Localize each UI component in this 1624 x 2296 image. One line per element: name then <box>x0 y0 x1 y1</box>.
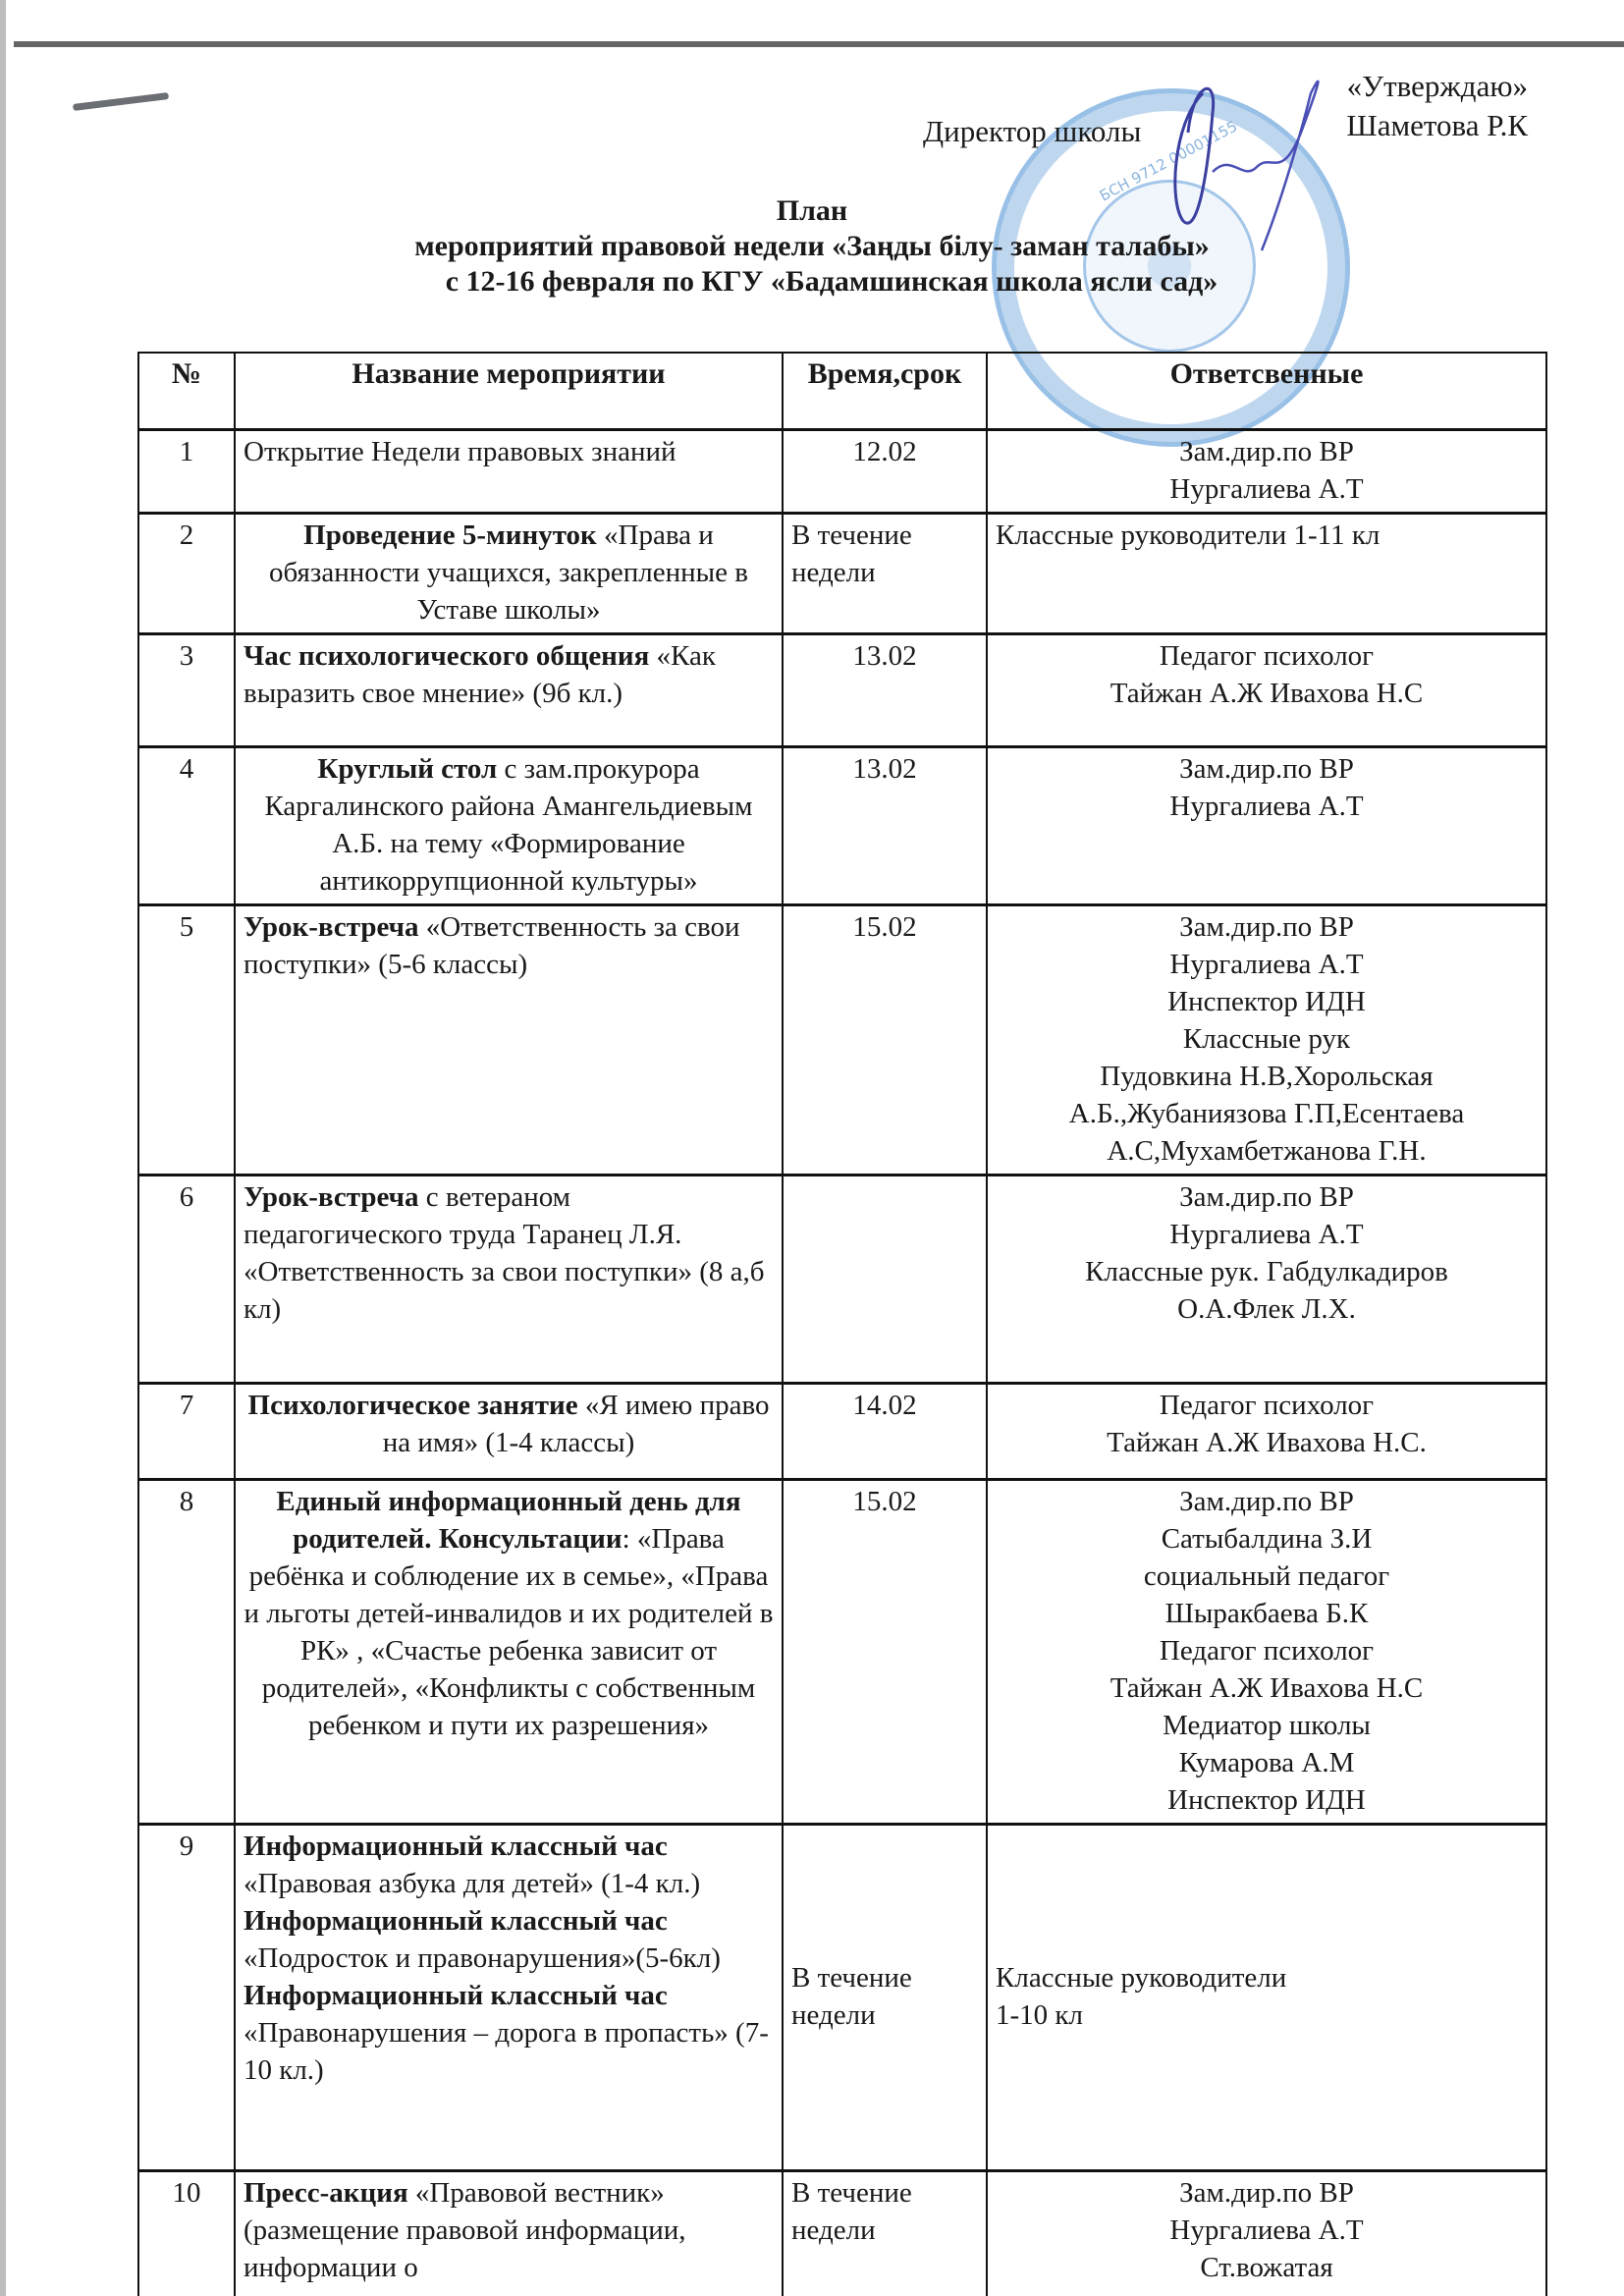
row-number: 6 <box>138 1175 235 1384</box>
event-name: Урок-встреча «Ответственность за свои по… <box>235 905 783 1175</box>
responsible-person: Классные рук. Габдулкадиров <box>996 1253 1538 1290</box>
scan-edge <box>14 41 1624 47</box>
event-title-bold: Информационный классный час <box>244 1977 774 2014</box>
event-description: : «Права ребёнка и соблюдение их в семье… <box>244 1523 773 1741</box>
scan-edge <box>0 0 6 2296</box>
table-row: 10Пресс-акция «Правовой вестник» (размещ… <box>138 2171 1546 2296</box>
responsible-person: Классные руководители <box>996 1959 1538 1996</box>
event-name: Урок-встреча с ветераном педагогического… <box>235 1175 783 1384</box>
table-row: 6Урок-встреча с ветераном педагогическог… <box>138 1175 1546 1384</box>
event-title-bold: Информационный классный час <box>244 1828 774 1865</box>
responsible-person: социальный педагог <box>996 1558 1538 1595</box>
column-header-date: Время,срок <box>783 353 987 430</box>
responsible-person: Нургалиева А.Т <box>996 2212 1538 2249</box>
title-line-3: с 12-16 февраля по КГУ «Бадамшинская шко… <box>0 264 1624 300</box>
responsible-person: Нургалиева А.Т <box>996 470 1538 508</box>
event-name: Информационный классный час«Правовая азб… <box>235 1825 783 2171</box>
title-line-2: мероприятий правовой недели «Заңды білу-… <box>0 229 1624 264</box>
responsible-person: А.Б.,Жубаниязова Г.П,Есентаева <box>996 1095 1538 1132</box>
responsible-person: Инспектор ИДН <box>996 983 1538 1020</box>
responsible-person: О.А.Флек Л.Х. <box>996 1290 1538 1328</box>
event-description: «Подросток и правонарушения»(5-6кл) <box>244 1940 774 1977</box>
responsible-person: Нургалиева А.Т <box>996 788 1538 825</box>
responsible-person: Зам.дир.по ВР <box>996 433 1538 470</box>
event-title-bold: Проведение 5-минуток <box>303 519 597 551</box>
responsible-person: Тайжан А.Ж Ивахова Н.С <box>996 1669 1538 1707</box>
event-responsible: Зам.дир.по ВРНургалиева А.Т <box>987 747 1546 905</box>
event-title-bold: Пресс-акция <box>244 2177 408 2209</box>
table-row: 1Открытие Недели правовых знаний12.02Зам… <box>138 430 1546 514</box>
table-row: 8Единый информационный день для родителе… <box>138 1480 1546 1825</box>
row-number: 10 <box>138 2171 235 2296</box>
responsible-person: Зам.дир.по ВР <box>996 1483 1538 1520</box>
responsible-person: А.С,Мухамбетжанова Г.Н. <box>996 1132 1538 1170</box>
row-number: 8 <box>138 1480 235 1825</box>
event-responsible: Зам.дир.по ВРНургалиева А.ТСт.вожатая <box>987 2171 1546 2296</box>
event-date: 14.02 <box>783 1384 987 1480</box>
event-date: В течение недели <box>783 1825 987 2171</box>
document-title: План мероприятий правовой недели «Заңды … <box>0 193 1624 300</box>
responsible-person: Инспектор ИДН <box>996 1781 1538 1819</box>
responsible-person: Тайжан А.Ж Ивахова Н.С <box>996 675 1538 712</box>
event-responsible: Зам.дир.по ВРСатыбалдина З.Исоциальный п… <box>987 1480 1546 1825</box>
event-date: В течение недели <box>783 514 987 634</box>
event-description: Открытие Недели правовых знаний <box>244 436 677 467</box>
responsible-person: Ст.вожатая <box>996 2249 1538 2286</box>
pen-mark <box>73 92 169 111</box>
event-name: Пресс-акция «Правовой вестник» (размещен… <box>235 2171 783 2296</box>
responsible-person: Пудовкина Н.В,Хорольская <box>996 1058 1538 1095</box>
event-name: Психологическое занятие «Я имею право на… <box>235 1384 783 1480</box>
responsible-person: Шыракбаева Б.К <box>996 1595 1538 1632</box>
signature-icon <box>1164 54 1340 280</box>
event-responsible: Педагог психологТайжан А.Ж Ивахова Н.С. <box>987 1384 1546 1480</box>
responsible-person: 1-10 кл <box>996 1996 1538 2034</box>
row-number: 7 <box>138 1384 235 1480</box>
event-name: Час психологического общения «Как вырази… <box>235 634 783 747</box>
event-title-bold: Психологическое занятие <box>248 1390 578 1421</box>
event-responsible: Классные руководители 1-11 кл <box>987 514 1546 634</box>
event-date: 13.02 <box>783 634 987 747</box>
event-title-bold: Информационный классный час <box>244 1902 774 1940</box>
event-responsible: Педагог психологТайжан А.Ж Ивахова Н.С <box>987 634 1546 747</box>
event-date: 12.02 <box>783 430 987 514</box>
row-number: 2 <box>138 514 235 634</box>
responsible-person: Зам.дир.по ВР <box>996 2174 1538 2212</box>
responsible-person: Классные рук <box>996 1020 1538 1058</box>
table-row: 4Круглый стол с зам.прокурора Каргалинск… <box>138 747 1546 905</box>
event-title-bold: Урок-встреча <box>244 1181 419 1213</box>
table-header-row: № Название мероприятии Время,срок Ответс… <box>138 353 1546 430</box>
event-description: «Правонарушения – дорога в пропасть» (7-… <box>244 2014 774 2089</box>
responsible-person: Педагог психолог <box>996 637 1538 675</box>
responsible-person: Классные руководители 1-11 кл <box>996 517 1538 554</box>
responsible-person: Зам.дир.по ВР <box>996 908 1538 946</box>
responsible-person: Нургалиева А.Т <box>996 1216 1538 1253</box>
responsible-person: Нургалиева А.Т <box>996 946 1538 983</box>
event-responsible: Зам.дир.по ВРНургалиева А.Т <box>987 430 1546 514</box>
events-table: № Название мероприятии Время,срок Ответс… <box>137 352 1547 2296</box>
column-header-event: Название мероприятии <box>235 353 783 430</box>
table-row: 5Урок-встреча «Ответственность за свои п… <box>138 905 1546 1175</box>
table-row: 3Час психологического общения «Как выраз… <box>138 634 1546 747</box>
event-responsible: Классные руководители1-10 кл <box>987 1825 1546 2171</box>
approve-label: «Утверждаю» <box>1346 67 1528 106</box>
event-date: 15.02 <box>783 1480 987 1825</box>
event-title-bold: Урок-встреча <box>244 911 419 943</box>
event-title-bold: Час психологического общения <box>244 640 649 672</box>
responsible-person: Тайжан А.Ж Ивахова Н.С. <box>996 1424 1538 1461</box>
event-name: Проведение 5-минуток «Права и обязанност… <box>235 514 783 634</box>
event-responsible: Зам.дир.по ВРНургалиева А.ТКлассные рук.… <box>987 1175 1546 1384</box>
event-date: 15.02 <box>783 905 987 1175</box>
column-header-number: № <box>138 353 235 430</box>
responsible-person: Зам.дир.по ВР <box>996 750 1538 788</box>
responsible-person: Педагог психолог <box>996 1632 1538 1669</box>
title-line-1: План <box>0 193 1624 229</box>
row-number: 1 <box>138 430 235 514</box>
responsible-person: Педагог психолог <box>996 1387 1538 1424</box>
event-date <box>783 1175 987 1384</box>
director-label: Директор школы <box>923 114 1141 149</box>
row-number: 9 <box>138 1825 235 2171</box>
table-row: 9Информационный классный час«Правовая аз… <box>138 1825 1546 2171</box>
table-row: 2Проведение 5-минуток «Права и обязаннос… <box>138 514 1546 634</box>
event-name: Открытие Недели правовых знаний <box>235 430 783 514</box>
row-number: 4 <box>138 747 235 905</box>
approval-block: «Утверждаю» Шаметова Р.К <box>1346 67 1528 145</box>
table-row: 7Психологическое занятие «Я имею право н… <box>138 1384 1546 1480</box>
event-date: 13.02 <box>783 747 987 905</box>
row-number: 3 <box>138 634 235 747</box>
event-description: «Правовая азбука для детей» (1-4 кл.) <box>244 1865 774 1902</box>
director-name: Шаметова Р.К <box>1346 106 1528 145</box>
responsible-person: Медиатор школы <box>996 1707 1538 1744</box>
event-date: В течение недели <box>783 2171 987 2296</box>
responsible-person: Сатыбалдина З.И <box>996 1520 1538 1558</box>
responsible-person: Зам.дир.по ВР <box>996 1178 1538 1216</box>
row-number: 5 <box>138 905 235 1175</box>
event-title-bold: Круглый стол <box>317 753 497 785</box>
event-name: Единый информационный день для родителей… <box>235 1480 783 1825</box>
responsible-person: Кумарова А.М <box>996 1744 1538 1781</box>
column-header-responsible: Ответсвенные <box>987 353 1546 430</box>
event-responsible: Зам.дир.по ВРНургалиева А.ТИнспектор ИДН… <box>987 905 1546 1175</box>
event-name: Круглый стол с зам.прокурора Каргалинско… <box>235 747 783 905</box>
